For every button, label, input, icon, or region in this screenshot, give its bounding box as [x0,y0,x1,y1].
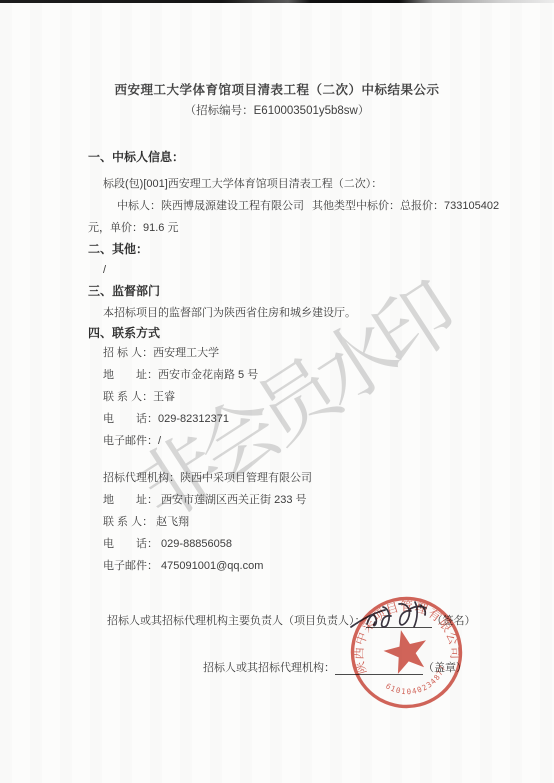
price-line: 其他类型中标价：总报价：733105402 [312,199,499,213]
field-value: 西安理工大学 [153,347,219,359]
tender-number-subtitle: （招标编号：E610003501y5b8sw） [0,104,554,118]
tenderer-phone-row: 电 话：029-82312371 [103,412,229,426]
field-label: 电子邮件： [103,435,158,447]
section2-content: / [103,263,106,277]
lot-line: 标段(包)[001]西安理工大学体育馆项目清表工程（二次）： [103,177,382,191]
winner-line: 中标人：陕西博晟源建设工程有限公司 [117,199,304,213]
field-label: 招标代理机构： [103,472,180,484]
field-value: 西安市金花南路 5 号 [158,369,258,381]
svg-text:6101040234877: 6101040234877 [381,662,452,703]
field-label: 联 系 人： [103,516,153,528]
field-value: 王睿 [153,391,175,403]
field-value: 029-82312371 [158,413,229,425]
tenderer-name-row: 招 标 人：西安理工大学 [103,346,219,360]
field-label: 地 址： [103,494,158,506]
section2-heading: 二、其他： [88,242,148,256]
agency-name-row: 招标代理机构：陕西中采项目管理有限公司 [103,471,312,485]
agency-address-row: 地 址： 西安市莲湖区西关正街 233 号 [103,493,307,507]
field-value: 赵飞翔 [153,516,189,528]
section1-heading: 一、中标人信息： [88,150,184,164]
section4-heading: 四、联系方式 [88,326,160,340]
field-value: / [158,435,161,447]
field-label: 联 系 人： [103,391,153,403]
field-value: 陕西中采项目管理有限公司 [180,472,312,484]
org-label: 招标人或其招标代理机构： [203,662,335,674]
company-seal: 陕西中采项目管理有限公司 6101040234877 [346,592,468,714]
price-wrap-line: 元，单价：91.6 元 [88,221,178,235]
tenderer-address-row: 地 址：西安市金花南路 5 号 [103,368,258,382]
section3-content: 本招标项目的监督部门为陕西省住房和城乡建设厅。 [103,306,356,320]
field-label: 电子邮件： [103,560,158,572]
field-value: 西安市莲湖区西关正街 233 号 [158,494,307,506]
scan-artifact-top-edge [0,0,554,3]
field-value: 475091001@qq.com [158,560,263,572]
field-label: 电 话： [103,413,158,425]
agency-contact-row: 联 系 人： 赵飞翔 [103,515,189,529]
tenderer-email-row: 电子邮件：/ [103,434,161,448]
seal-serial-text: 6101040234877 [381,662,452,703]
leader-label: 招标人或其招标代理机构主要负责人（项目负责人）： [107,615,366,627]
document-title: 西安理工大学体育馆项目清表工程（二次）中标结果公示 [0,83,554,97]
agency-email-row: 电子邮件： 475091001@qq.com [103,559,263,573]
field-value: 029-88856058 [158,538,232,550]
section3-heading: 三、监督部门 [88,284,160,298]
seal-star-icon [380,625,433,676]
field-label: 招 标 人： [103,347,153,359]
document-page: 非会员水印 西安理工大学体育馆项目清表工程（二次）中标结果公示 （招标编号：E6… [0,0,554,783]
tenderer-contact-row: 联 系 人：王睿 [103,390,175,404]
field-label: 地 址： [103,369,158,381]
field-label: 电 话： [103,538,158,550]
agency-phone-row: 电 话： 029-88856058 [103,537,232,551]
